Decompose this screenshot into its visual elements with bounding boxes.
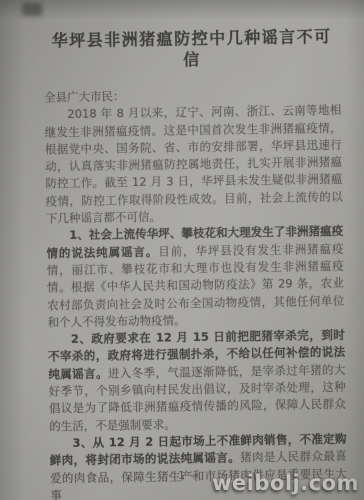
photo-corner-mark: [22, 3, 42, 16]
notice-title: 华坪县非洲猪瘟防控中几种谣言不可信: [43, 26, 341, 73]
watermark-label: weibolj.com: [212, 471, 359, 495]
notice-page: 华坪县非洲猪瘟防控中几种谣言不可信 全县广大市民： 2018 年 8 月以来，辽…: [43, 26, 347, 500]
rumor-item-2: 2、政府要求在 12 月 15 日前把肥猪宰杀完，到时不宰杀的，政府将进行强制扑…: [48, 327, 347, 435]
rumor-item-1: 1、社会上流传华坪、攀枝花和大理发生了非洲猪瘟疫情的说法纯属谣言。目前，华坪县没…: [46, 223, 345, 331]
intro-paragraph: 2018 年 8 月以来，辽宁、河南、浙江、云南等地相继发生非洲猪瘟疫情。这是中…: [44, 102, 343, 228]
document-photo: 华坪县非洲猪瘟防控中几种谣言不可信 全县广大市民： 2018 年 8 月以来，辽…: [0, 0, 364, 500]
